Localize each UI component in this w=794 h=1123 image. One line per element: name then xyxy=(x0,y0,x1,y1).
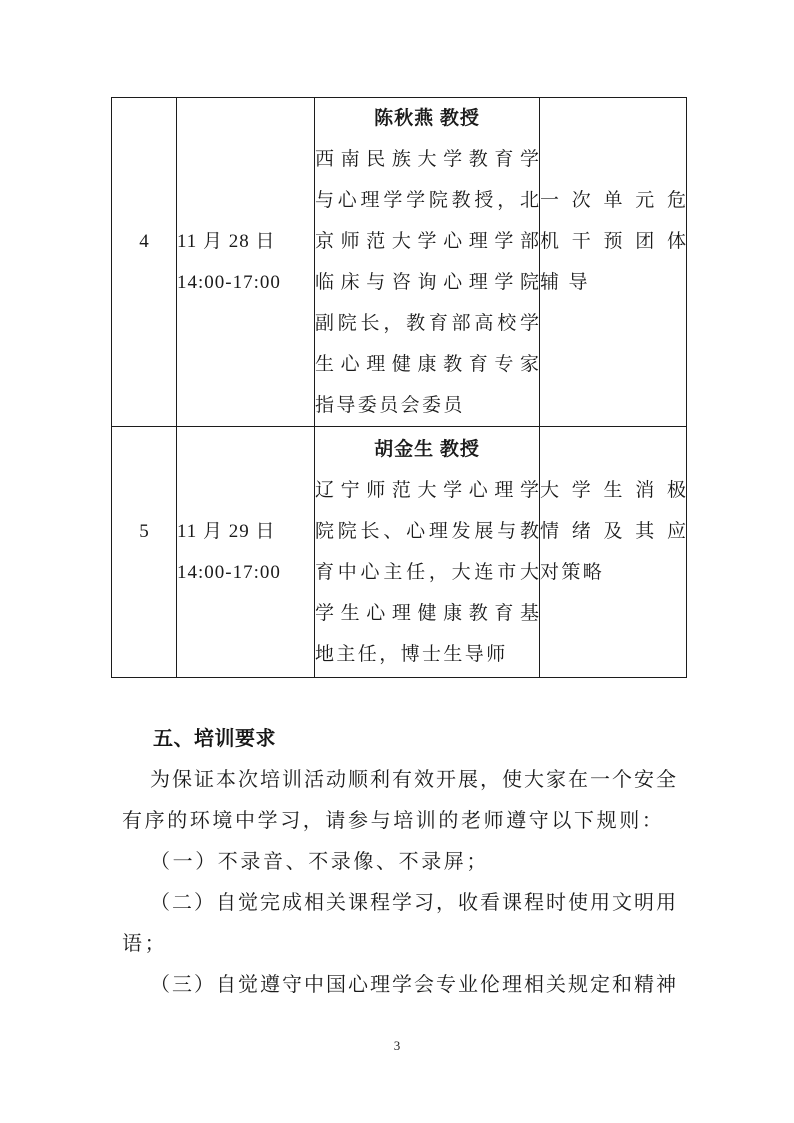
section-paragraphs: 为保证本次培训活动顺利有效开展，使大家在一个安全有序的环境中学习，请参与培训的老… xyxy=(122,760,676,1006)
text-line: 地主任，博士生导师 xyxy=(315,634,539,675)
table-row: 5 11 月 29 日 14:00-17:00 胡金生 教授 辽宁师范大学心理学… xyxy=(112,427,687,678)
text-line: 学生心理健康教育基 xyxy=(315,593,539,634)
text-line: 机干预团体 xyxy=(540,221,686,262)
session-number: 4 xyxy=(112,221,176,262)
text-line: 与心理学学院教授，北 xyxy=(315,180,539,221)
session-number: 5 xyxy=(112,511,176,552)
text-line: 京师范大学心理学部 xyxy=(315,221,539,262)
speaker-name: 胡金生 教授 xyxy=(315,429,539,470)
topic-cell: 一次单元危机干预团体辅 导 xyxy=(540,98,687,427)
text-line: 辅 导 xyxy=(540,262,686,303)
document-page: 4 11 月 28 日 14:00-17:00 陈秋燕 教授 西南民族大学教育学… xyxy=(0,0,794,1123)
spacer xyxy=(112,552,176,593)
speaker-description: 西南民族大学教育学与心理学学院教授，北京师范大学心理学部临床与咨询心理学院副院长… xyxy=(315,139,539,426)
text-line: 一次单元危 xyxy=(540,180,686,221)
paragraph: （二）自觉完成相关课程学习，收看课程时使用文明用语； xyxy=(122,883,676,965)
speaker-cell: 陈秋燕 教授 西南民族大学教育学与心理学学院教授，北京师范大学心理学部临床与咨询… xyxy=(315,98,540,427)
paragraph-line: 语； xyxy=(122,924,676,965)
session-date-cell: 11 月 28 日 14:00-17:00 xyxy=(177,98,315,427)
paragraph: （一）不录音、不录像、不录屏； xyxy=(122,842,676,883)
text-line: 对策略 xyxy=(540,552,686,593)
text-line: 生心理健康教育专家 xyxy=(315,344,539,385)
session-date-cell: 11 月 29 日 14:00-17:00 xyxy=(177,427,315,678)
spacer xyxy=(112,262,176,303)
paragraph-line: （三）自觉遵守中国心理学会专业伦理相关规定和精神 xyxy=(122,965,676,1006)
section-heading: 五、培训要求 xyxy=(153,719,676,760)
session-date: 11 月 28 日 xyxy=(177,221,314,262)
text-line: 副院长，教育部高校学 xyxy=(315,303,539,344)
paragraph-line: 有序的环境中学习，请参与培训的老师遵守以下规则： xyxy=(122,801,676,842)
training-schedule-table: 4 11 月 28 日 14:00-17:00 陈秋燕 教授 西南民族大学教育学… xyxy=(111,97,687,678)
requirements-section: 五、培训要求 为保证本次培训活动顺利有效开展，使大家在一个安全有序的环境中学习，… xyxy=(122,719,676,1006)
speaker-name: 陈秋燕 教授 xyxy=(315,98,539,139)
session-date: 11 月 29 日 xyxy=(177,511,314,552)
text-line: 辽宁师范大学心理学 xyxy=(315,470,539,511)
paragraph-line: （二）自觉完成相关课程学习，收看课程时使用文明用 xyxy=(122,883,676,924)
table-row: 4 11 月 28 日 14:00-17:00 陈秋燕 教授 西南民族大学教育学… xyxy=(112,98,687,427)
session-number-cell: 5 xyxy=(112,427,177,678)
paragraph: （三）自觉遵守中国心理学会专业伦理相关规定和精神 xyxy=(122,965,676,1006)
text-line: 指导委员会委员 xyxy=(315,385,539,426)
text-line: 临床与咨询心理学院 xyxy=(315,262,539,303)
topic-cell: 大学生消极情绪及其应对策略 xyxy=(540,427,687,678)
paragraph: 为保证本次培训活动顺利有效开展，使大家在一个安全有序的环境中学习，请参与培训的老… xyxy=(122,760,676,842)
text-line: 大学生消极 xyxy=(540,470,686,511)
session-topic: 大学生消极情绪及其应对策略 xyxy=(540,470,686,634)
speaker-cell: 胡金生 教授 辽宁师范大学心理学院院长、心理发展与教育中心主任，大连市大学生心理… xyxy=(315,427,540,678)
text-line: 院院长、心理发展与教 xyxy=(315,511,539,552)
paragraph-line: （一）不录音、不录像、不录屏； xyxy=(122,842,676,883)
session-time: 14:00-17:00 xyxy=(177,262,314,303)
text-line: 育中心主任，大连市大 xyxy=(315,552,539,593)
paragraph-line: 为保证本次培训活动顺利有效开展，使大家在一个安全 xyxy=(122,760,676,801)
session-topic: 一次单元危机干预团体辅 导 xyxy=(540,180,686,344)
text-line: 西南民族大学教育学 xyxy=(315,139,539,180)
session-time: 14:00-17:00 xyxy=(177,552,314,593)
speaker-description: 辽宁师范大学心理学院院长、心理发展与教育中心主任，大连市大学生心理健康教育基地主… xyxy=(315,470,539,675)
page-number: 3 xyxy=(0,1038,794,1054)
text-line: 情绪及其应 xyxy=(540,511,686,552)
session-number-cell: 4 xyxy=(112,98,177,427)
